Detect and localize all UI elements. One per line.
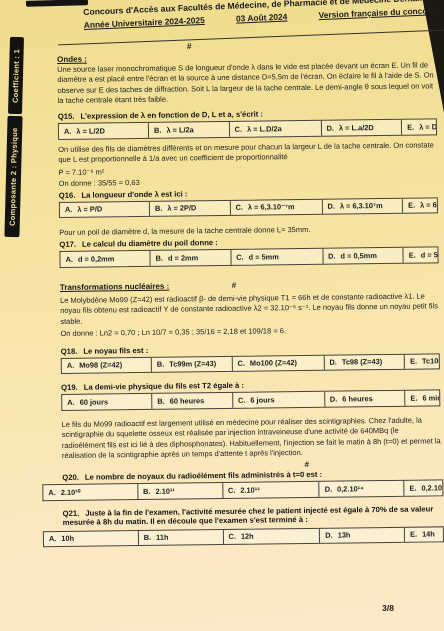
section-heading-transformations: Transformations nucléaires : xyxy=(60,282,169,292)
option-Q16-D: D.λ = 6,3.10⁷m xyxy=(322,198,403,213)
fils-paragraph: On utilise des fils de diamètres différe… xyxy=(58,140,437,165)
option-letter: E. xyxy=(410,357,417,366)
option-Q17-D: D.d = 0,5mm xyxy=(323,248,404,263)
option-text: 6 minutes xyxy=(422,393,439,402)
option-Q18-A: A.Mo98 (Z=42) xyxy=(62,358,152,374)
question-q15: Q15.L'expression de λ en fonction de D, … xyxy=(58,108,437,140)
option-text: λ = L.a/2D xyxy=(339,123,374,132)
question-text: La longueur d'onde λ est ici : xyxy=(81,189,187,199)
scanned-exam-photo: Coefficient : 1 Composante 2 : Physique … xyxy=(0,0,444,631)
page-number: 3/8 xyxy=(382,603,394,613)
option-Q18-B: B.Tc99m (Z=43) xyxy=(152,357,233,372)
question-text: La demi-vie physique du fils est T2 égal… xyxy=(84,381,244,392)
option-letter: C. xyxy=(237,359,245,368)
option-Q19-B: B.60 heures xyxy=(152,393,233,408)
option-Q21-A: A.10h xyxy=(44,531,139,547)
question-text: Le noyau fils est : xyxy=(83,346,148,356)
option-letter: C. xyxy=(235,125,243,134)
option-letter: A. xyxy=(67,361,75,370)
option-Q15-B: B.λ = L/2a xyxy=(149,122,230,137)
option-letter: C. xyxy=(236,253,244,262)
question-options: A.Mo98 (Z=42)B.Tc99m (Z=43)C.Mo100 (Z=42… xyxy=(61,353,440,374)
option-Q16-E: E.λ = 63. 10⁻⁷m xyxy=(403,198,437,213)
option-text: Mo98 (Z=42) xyxy=(79,361,122,371)
option-text: 13h xyxy=(338,531,351,540)
option-text: 60 jours xyxy=(80,397,108,406)
option-Q15-D: D.λ = L.a/2D xyxy=(321,120,402,135)
option-letter: C. xyxy=(228,532,236,541)
option-Q15-C: C.λ = L.D/2a xyxy=(230,121,322,137)
option-letter: B. xyxy=(154,126,162,135)
option-Q16-A: A.λ = P/D xyxy=(60,201,150,217)
option-letter: A. xyxy=(65,205,73,214)
option-text: 6 heures xyxy=(342,394,373,403)
option-letter: E. xyxy=(409,483,416,492)
question-number: Q19. xyxy=(61,383,78,392)
option-text: λ = L/2D xyxy=(76,126,105,135)
question-q21: Q21.Juste à la fin de l'examen, l'activi… xyxy=(63,504,442,547)
option-text: Tc98 (Z=43) xyxy=(342,357,382,366)
option-text: λ = L.D/2a xyxy=(247,124,282,133)
option-letter: D. xyxy=(328,252,336,261)
given-line-transfo: On donne : Ln2 = 0,70 ; Ln 10/7 = 0,35 ;… xyxy=(60,324,439,338)
option-letter: E. xyxy=(410,530,417,539)
option-letter: B. xyxy=(157,360,165,369)
option-text: d = 0,2mm xyxy=(78,254,114,263)
option-text: d = 0,5mm xyxy=(340,251,376,260)
question-options: A.d = 0,2mmB.d = 2mmC.d = 5mmD.d = 0,5mm… xyxy=(59,247,438,268)
option-letter: A. xyxy=(65,255,73,264)
option-letter: B. xyxy=(155,204,163,213)
question-q18: Q18.Le noyau fils est : A.Mo98 (Z=42)B.T… xyxy=(61,342,440,374)
question-label: Q21.Juste à la fin de l'examen, l'activi… xyxy=(63,504,442,527)
question-text: Le nombre de noyaux du radioélément fils… xyxy=(85,470,322,482)
option-text: d = 2mm xyxy=(168,253,198,262)
option-letter: C. xyxy=(228,486,236,495)
option-text: 12h xyxy=(241,532,254,541)
option-text: Tc99m (Z=43) xyxy=(169,360,216,370)
option-letter: C. xyxy=(238,396,246,405)
option-letter: A. xyxy=(48,488,56,497)
option-text: d = 5mm xyxy=(249,252,279,261)
option-text: 0,2.10¹⁵ xyxy=(421,483,442,492)
question-number: Q17. xyxy=(59,240,76,249)
option-Q17-A: A.d = 0,2mm xyxy=(60,251,150,267)
option-text: λ = 6,3.10⁻⁷m xyxy=(248,202,295,212)
option-Q15-A: A.λ = L/2D xyxy=(59,123,149,139)
option-Q17-B: B.d = 2mm xyxy=(150,250,231,265)
option-letter: E. xyxy=(409,251,416,260)
question-options: A.λ = L/2DB.λ = L/2aC.λ = L.D/2aD.λ = L.… xyxy=(58,119,437,140)
option-text: 14h xyxy=(422,530,435,539)
option-letter: D. xyxy=(325,531,333,540)
option-text: 11h xyxy=(156,533,168,542)
option-letter: D. xyxy=(327,123,335,132)
option-Q19-D: D.6 heures xyxy=(325,391,406,406)
component-sidebar-label: Composante 2 : Physique xyxy=(4,116,22,237)
question-text: Juste à la fin de l'examen, l'activité m… xyxy=(63,504,434,527)
option-letter: A. xyxy=(49,534,57,543)
option-letter: E. xyxy=(410,394,417,403)
option-Q19-C: C.6 jours xyxy=(233,392,325,408)
coefficient-sidebar-label: Coefficient : 1 xyxy=(8,37,24,114)
option-text: 2.10¹¹ xyxy=(156,486,175,495)
option-letter: D. xyxy=(330,395,338,404)
question-number: Q20. xyxy=(62,473,79,482)
option-text: λ = 6,3.10⁷m xyxy=(340,201,383,211)
option-Q16-B: B.λ = 2P/D xyxy=(150,200,231,215)
option-Q21-B: B.11h xyxy=(139,530,224,546)
option-text: λ = L/2a xyxy=(166,125,193,134)
option-Q20-B: B.2.10¹¹ xyxy=(138,483,223,499)
option-text: λ = 2P/D xyxy=(167,203,196,212)
option-Q16-C: C.λ = 6,3.10⁻⁷m xyxy=(230,199,322,215)
option-Q20-D: D.0,2.10¹⁴ xyxy=(320,481,405,497)
option-letter: B. xyxy=(144,533,152,542)
option-Q21-C: C.12h xyxy=(223,529,320,545)
option-letter: B. xyxy=(157,397,165,406)
question-options: A.λ = P/DB.λ = 2P/DC.λ = 6,3.10⁻⁷mD.λ = … xyxy=(59,197,438,218)
option-letter: C. xyxy=(236,203,244,212)
option-letter: D. xyxy=(325,484,333,493)
option-letter: A. xyxy=(64,127,72,136)
option-text: 60 heures xyxy=(170,396,205,405)
question-number: Q16. xyxy=(59,190,76,199)
option-Q18-E: E.Tc100 (Z=43) xyxy=(405,354,439,369)
option-text: λ = P/D xyxy=(77,205,102,214)
hash-mark: # xyxy=(232,281,237,290)
option-text: d = 5.10⁻⁷mm xyxy=(421,250,438,260)
option-text: 6 jours xyxy=(250,395,274,404)
option-text: 10h xyxy=(61,534,74,543)
question-number: Q15. xyxy=(58,112,75,121)
option-letter: E. xyxy=(408,201,415,210)
option-text: 0,2.10¹⁴ xyxy=(337,484,364,493)
ondes-intro-paragraph: Une source laser monochromatique S de lo… xyxy=(57,60,436,106)
question-q20: Q20.Le nombre de noyaux du radioélément … xyxy=(62,469,441,501)
option-Q20-A: A.2.10¹⁰ xyxy=(43,484,138,500)
option-letter: B. xyxy=(156,254,164,263)
option-letter: D. xyxy=(327,202,335,211)
option-Q18-D: D.Tc98 (Z=43) xyxy=(324,355,405,370)
option-Q15-E: E.λ = D/2L xyxy=(402,120,436,135)
option-Q20-C: C.2.10¹² xyxy=(223,482,320,498)
question-q16: Q16.La longueur d'onde λ est ici : A.λ =… xyxy=(59,186,438,218)
option-text: Mo100 (Z=42) xyxy=(250,359,297,369)
option-letter: D. xyxy=(329,358,337,367)
option-text: λ = D/2L xyxy=(419,122,436,131)
question-options: A.2.10¹⁰B.2.10¹¹C.2.10¹²D.0,2.10¹⁴E.0,2.… xyxy=(42,480,443,501)
question-number: Q18. xyxy=(61,347,78,356)
question-text: L'expression de λ en fonction de D, L et… xyxy=(80,110,263,121)
option-Q19-A: A.60 jours xyxy=(62,394,152,410)
option-text: Tc100 (Z=43) xyxy=(422,356,439,366)
scintigraphy-paragraph: Le fils du Mo99 radioactif est largement… xyxy=(61,415,440,461)
option-Q19-E: E.6 minutes xyxy=(405,391,439,406)
question-q17: Q17.Le calcul du diamètre du poil donne … xyxy=(59,236,438,268)
option-Q21-E: E.14h xyxy=(405,527,443,542)
exam-content: Ondes : Une source laser monochromatique… xyxy=(57,47,442,547)
question-options: A.60 joursB.60 heuresC.6 joursD.6 heures… xyxy=(61,390,440,411)
option-letter: E. xyxy=(407,123,414,132)
option-Q17-E: E.d = 5.10⁻⁷mm xyxy=(404,248,438,263)
question-text: Le calcul du diamètre du poil donne : xyxy=(82,238,218,249)
transformations-intro-paragraph: Le Molybdène Mo99 (Z=42) est radioactif … xyxy=(60,291,439,327)
given-line-ondes: On donne : 35/55 = 0,63 xyxy=(59,174,438,188)
option-Q18-C: C.Mo100 (Z=42) xyxy=(232,356,324,372)
option-text: λ = 63. 10⁻⁷m xyxy=(420,200,437,210)
option-Q20-E: E.0,2.10¹⁵ xyxy=(404,481,442,496)
option-text: 2.10¹⁰ xyxy=(61,488,81,497)
option-Q17-C: C.d = 5mm xyxy=(231,249,323,265)
option-Q21-D: D.13h xyxy=(320,528,405,544)
question-number: Q21. xyxy=(63,509,80,518)
question-q19: Q19.La demi-vie physique du fils est T2 … xyxy=(61,379,440,411)
option-letter: B. xyxy=(143,487,151,496)
option-letter: A. xyxy=(67,398,75,407)
option-text: 2.10¹² xyxy=(240,485,259,494)
